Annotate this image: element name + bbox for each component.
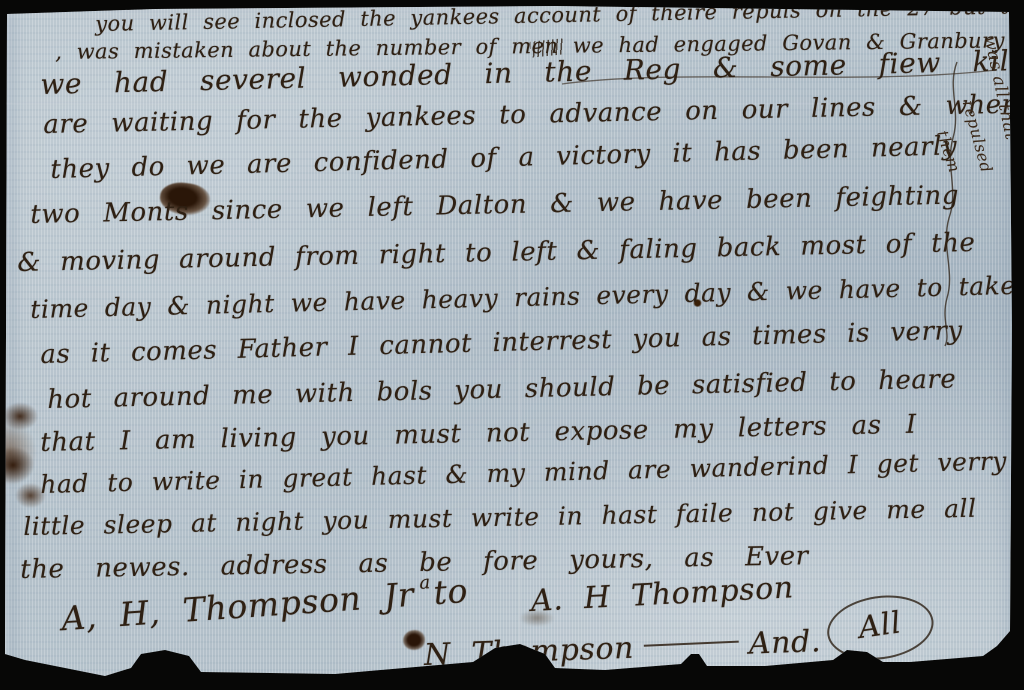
signature-flourish-dash bbox=[644, 641, 739, 647]
signature-superscript: a bbox=[419, 572, 432, 594]
letter-line-7: & moving around from right to left & fal… bbox=[17, 228, 976, 278]
ink-stain-left-edge bbox=[0, 398, 69, 520]
letter-paper-sheet: you will see inclosed the yankees accoun… bbox=[5, 6, 1016, 685]
letter-line-9: as it comes Father I cannot interrest yo… bbox=[40, 316, 963, 370]
signature-suffix: to bbox=[432, 571, 469, 612]
margin-note-line-1: was all that bbox=[979, 34, 1021, 142]
letter-line-8: time day & night we have heavy rains eve… bbox=[30, 270, 1024, 324]
ink-blot-small bbox=[403, 630, 425, 650]
margin-bracket-flourish bbox=[917, 58, 969, 348]
circled-word-all: All bbox=[823, 589, 937, 666]
letter-line-10: hot around me with bols you should be sa… bbox=[47, 364, 957, 415]
signature-n-thompson-and-all: N ThompsonAnd.All bbox=[423, 608, 937, 689]
signature-text: N Thompson bbox=[423, 631, 634, 673]
letter-line-13: little sleep at night you must write in … bbox=[23, 494, 977, 541]
letter-line-5: they do we are confidend of a victory it… bbox=[50, 131, 957, 185]
signature-and: And. bbox=[748, 624, 821, 661]
letter-line-11: that I am living you must not expose my … bbox=[40, 410, 917, 458]
signature-a-h-thompson: A. H Thompson bbox=[530, 570, 795, 619]
signature-text: A, H, Thompson Jr bbox=[60, 575, 415, 639]
scanned-letter-page: { "document": { "type": "handwritten-let… bbox=[0, 0, 1024, 690]
